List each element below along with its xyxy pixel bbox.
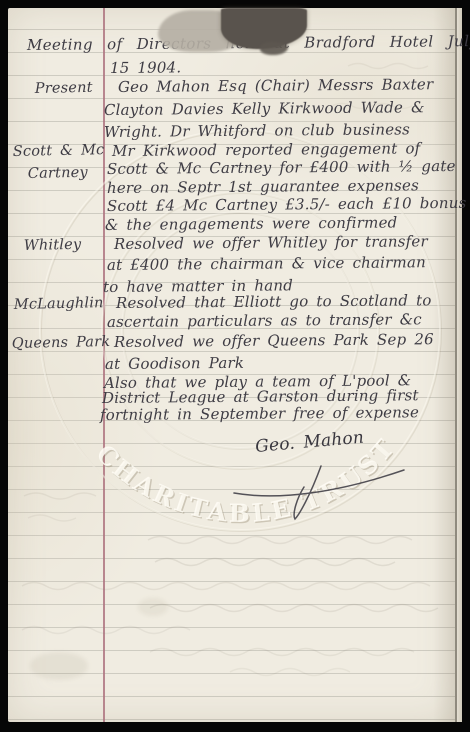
body-line-12: Resolved that Elliott go to Scotland to bbox=[116, 293, 432, 311]
paper-stain bbox=[30, 652, 88, 680]
body-line-5: Scott & Mc Cartney for £400 with ½ gate bbox=[107, 159, 456, 177]
body-line-1: Geo Mahon Esq (Chair) Messrs Baxter bbox=[118, 77, 434, 95]
body-line-18: fortnight in September free of expense bbox=[100, 405, 419, 423]
body-line-13: ascertain particulars as to transfer &c bbox=[107, 312, 422, 330]
body-line-7: Scott £4 Mc Cartney £3.5/- each £10 bonu… bbox=[107, 196, 467, 214]
binding-crease-shadow bbox=[433, 8, 455, 722]
body-line-14: Resolved we offer Queens Park Sep 26 bbox=[114, 332, 434, 350]
underlying-page-edge bbox=[457, 8, 462, 722]
margin-note-present: Present bbox=[35, 81, 93, 97]
body-line-9: Resolved we offer Whitley for transfer bbox=[114, 234, 428, 252]
margin-note-whitley: Whitley bbox=[24, 238, 82, 254]
body-line-4: Mr Kirkwood reported engagement of bbox=[112, 141, 421, 159]
body-line-8: & the engagements were confirmed bbox=[105, 215, 398, 233]
margin-note-cartney: Cartney bbox=[28, 166, 88, 182]
body-line-3: Wright. Dr Whitford on club business bbox=[104, 122, 410, 140]
heading-date-line: 15 1904. bbox=[110, 60, 182, 76]
margin-note-scott-mc: Scott & Mc bbox=[13, 143, 105, 160]
body-line-10: at £400 the chairman & vice chairman bbox=[107, 255, 426, 273]
margin-note-queens-park: Queens Park bbox=[12, 335, 111, 352]
paper-stain bbox=[138, 598, 168, 616]
body-line-2: Clayton Davies Kelly Kirkwood Wade & bbox=[104, 100, 425, 118]
body-line-6: here on Septr 1st guarantee expenses bbox=[107, 178, 419, 196]
scanned-document-photo: { "page": { "heading": { "line1": "Meeti… bbox=[0, 0, 470, 732]
body-line-15: at Goodison Park bbox=[105, 356, 244, 372]
margin-note-mclaughlin: McLaughlin bbox=[14, 296, 104, 313]
